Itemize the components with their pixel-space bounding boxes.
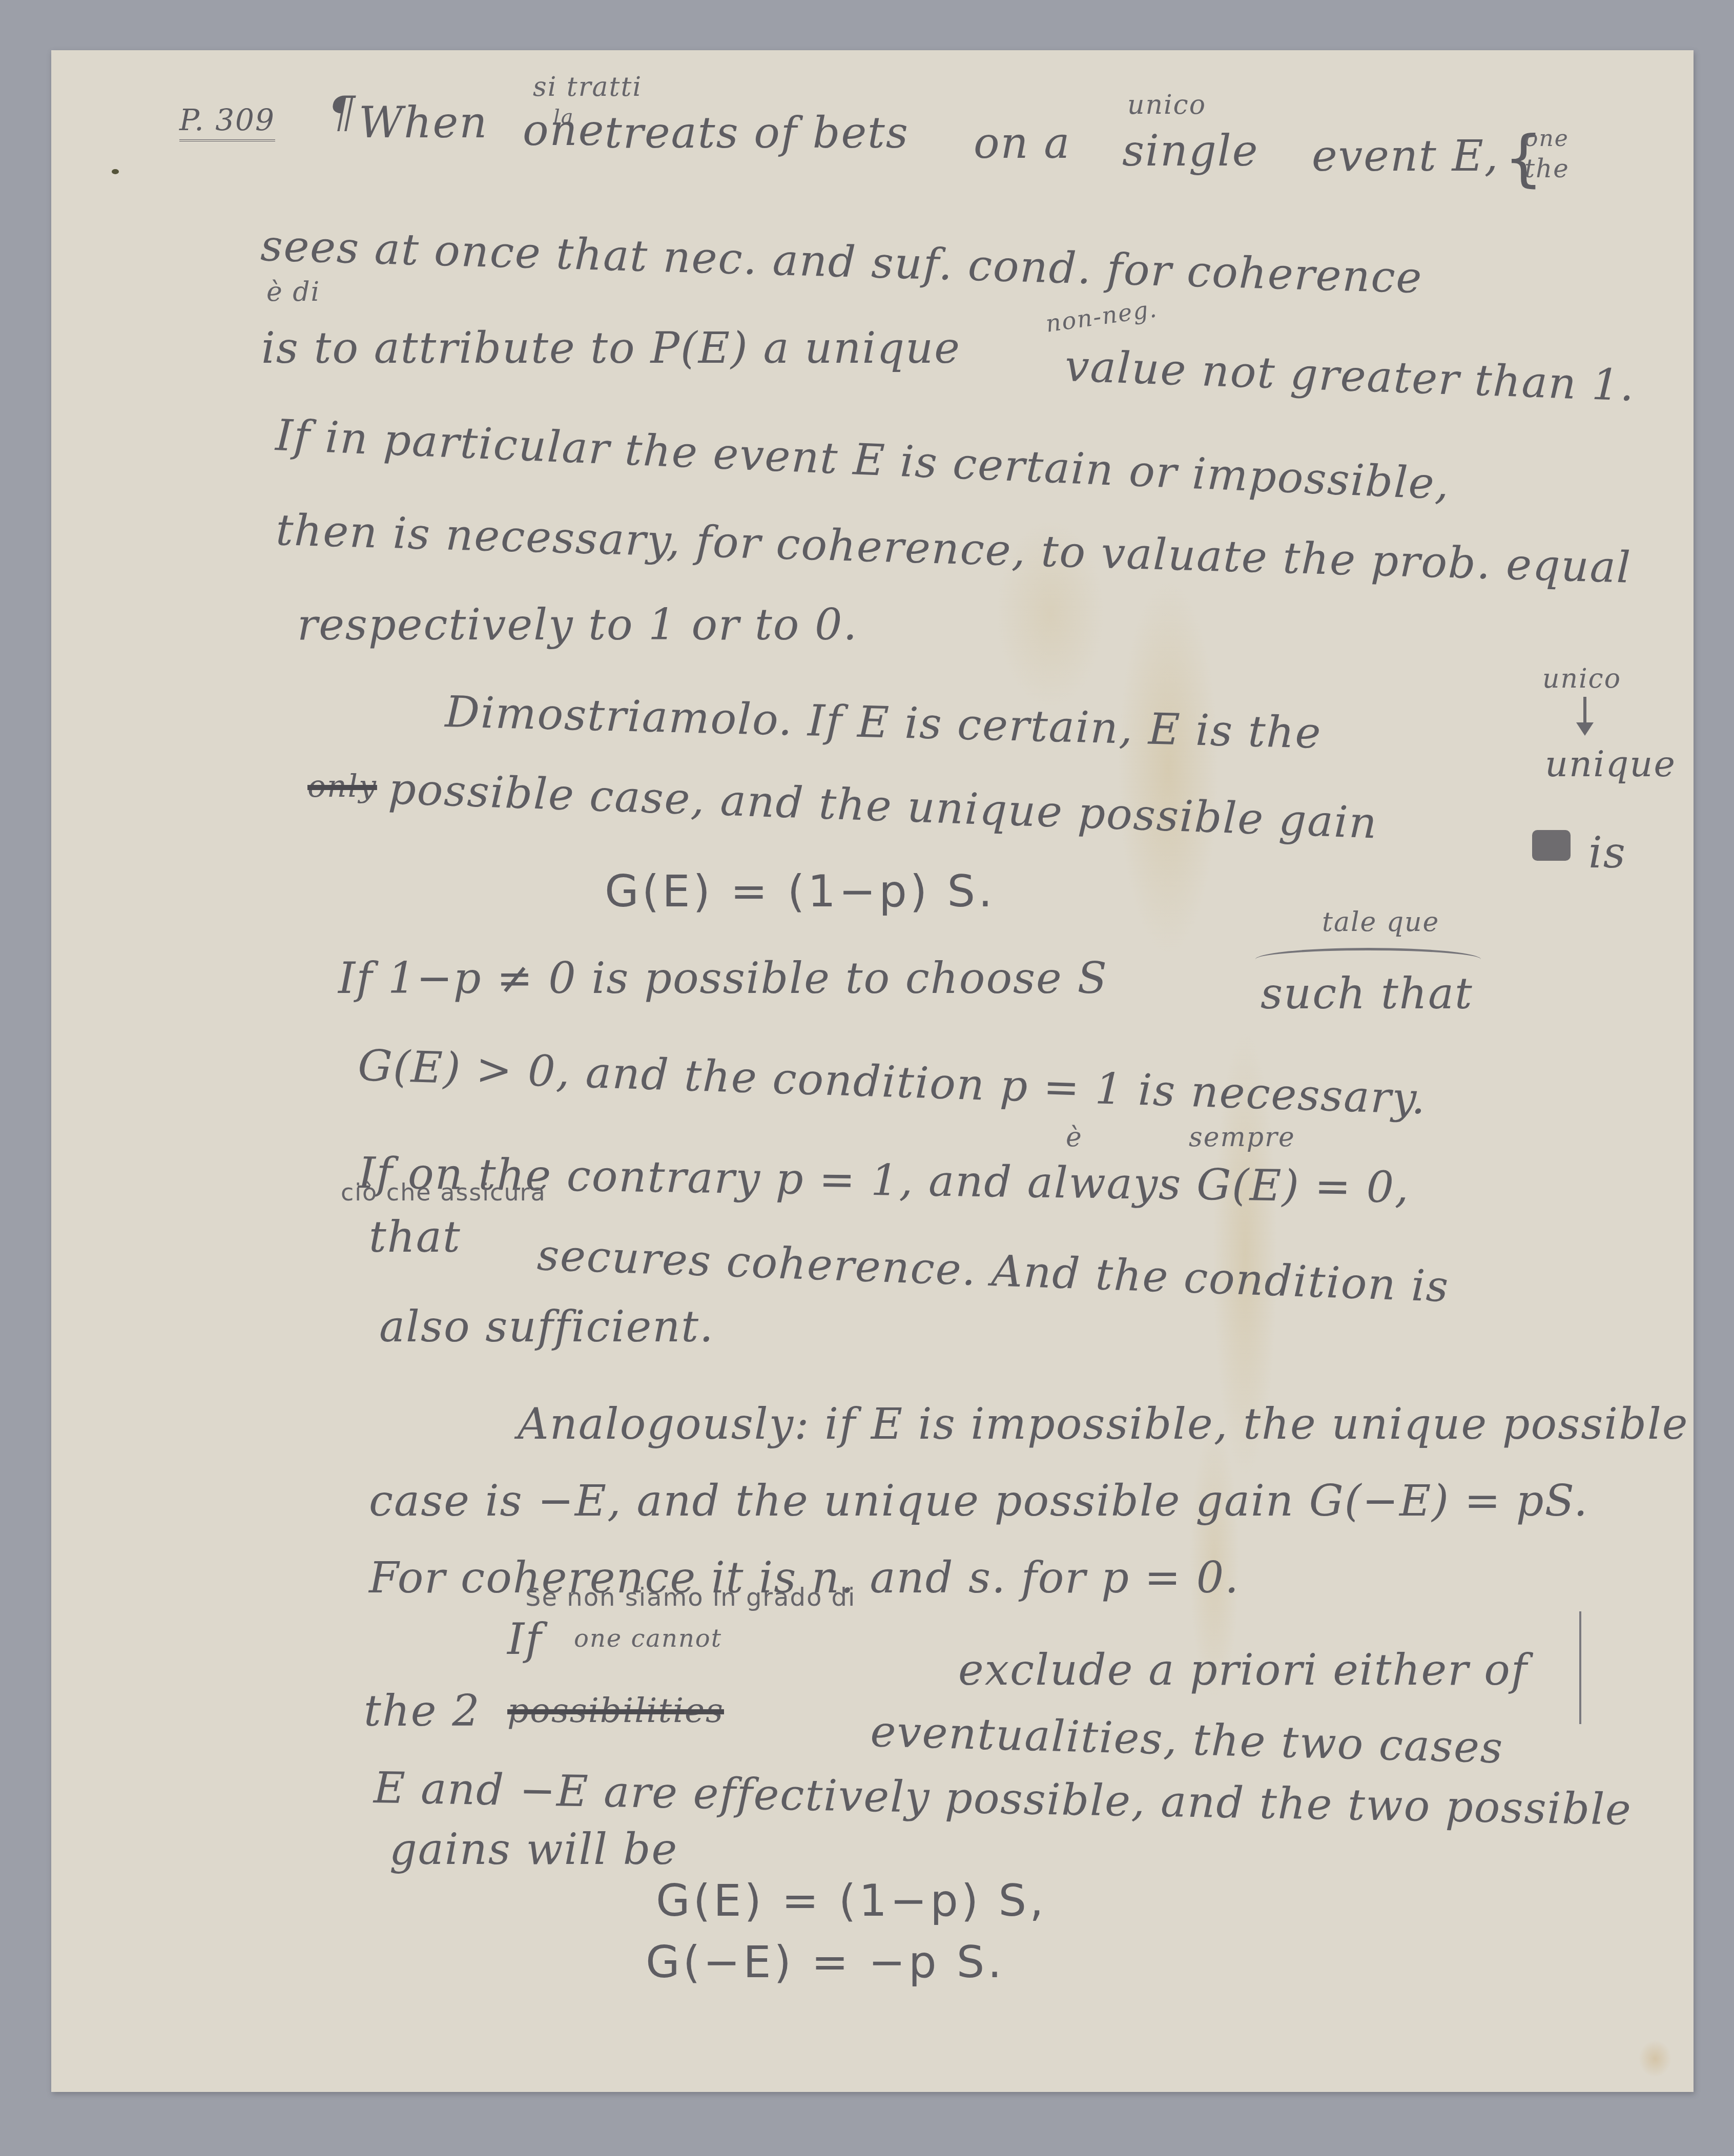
line-1-event-e: event E, — [1312, 131, 1499, 181]
line-16: case is −E, and the unique possible gain… — [369, 1476, 1588, 1526]
formula-gain-e: G(E) = (1−p) S, — [656, 1875, 1047, 1926]
line-18-c: exclude a priori either of — [958, 1645, 1528, 1695]
arrow-down-icon — [1583, 697, 1586, 733]
line-7-unique: unique — [1545, 743, 1676, 785]
line-13-that: that — [369, 1212, 461, 1262]
pilcrow-mark: ¶ — [328, 87, 356, 137]
line-21: gains will be — [389, 1824, 678, 1874]
line-1-single: single — [1122, 126, 1258, 176]
line-1-when: When — [359, 97, 488, 148]
line-10-b: such that — [1261, 968, 1473, 1019]
line-3-a: is to attribute to P(E) a unique — [261, 323, 961, 373]
annotation-si-tratti: si tratti — [533, 72, 642, 102]
line-15: Analogously: if E is impossible, the uni… — [518, 1399, 1689, 1449]
line-10-a: If 1−p ≠ 0 is possible to choose S — [338, 953, 1108, 1003]
scribbled-out-word — [1532, 830, 1571, 861]
alternative-one: one — [1524, 126, 1569, 152]
overbrace-mark — [1255, 948, 1481, 971]
margin-bar — [1579, 1611, 1581, 1724]
line-8-is: is — [1588, 827, 1626, 878]
line-6: respectively to 1 or to 0. — [297, 599, 858, 650]
line-18-if: If — [507, 1614, 542, 1664]
annotation-sempre: sempre — [1189, 1122, 1295, 1153]
line-19-a: the 2 — [364, 1686, 481, 1736]
line-14: also sufficient. — [379, 1301, 714, 1352]
annotation-tale-que: tale que — [1322, 907, 1439, 938]
annotation-unico-2: unico — [1542, 664, 1621, 694]
formula-gain-certain: G(E) = (1−p) S. — [605, 866, 996, 917]
ink-dot — [112, 169, 119, 174]
annotation-se-non-siamo: Se non siamo in grado di — [525, 1583, 856, 1612]
annotation-e-accent: è — [1066, 1122, 1083, 1153]
struck-word-only: only — [307, 769, 377, 804]
line-1-one: one — [523, 105, 605, 155]
annotation-cio-che-assicura: ciò che assicura — [341, 1178, 546, 1206]
annotation-unico-1: unico — [1127, 90, 1206, 120]
formula-gain-not-e: G(−E) = −p S. — [646, 1937, 1005, 1988]
line-1-on-a: on a — [974, 118, 1070, 168]
struck-word-possibilities: possibilities — [507, 1691, 724, 1730]
annotation-e-di: è di — [266, 277, 320, 307]
page-reference: P. 309 — [179, 102, 275, 141]
line-1-treats: treats of bets — [605, 108, 909, 158]
line-18-one-cannot: one cannot — [574, 1624, 722, 1653]
alternative-the: the — [1524, 154, 1570, 183]
